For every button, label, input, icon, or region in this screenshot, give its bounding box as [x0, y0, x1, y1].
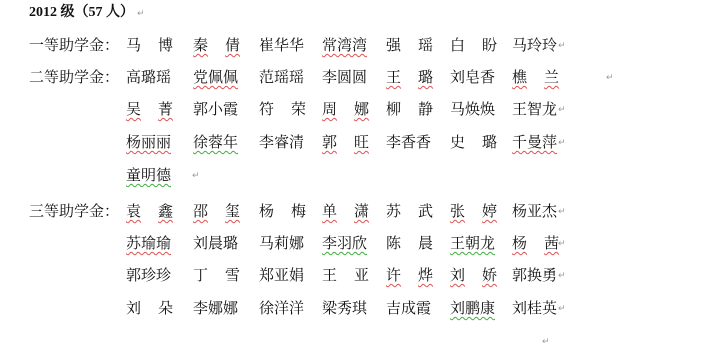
student-name: 邵玺 — [193, 200, 240, 222]
student-name: 许烨 — [386, 264, 433, 286]
student-name: 袁鑫 — [126, 200, 173, 222]
student-name: 单潇 — [322, 200, 369, 222]
third-class-label: 三等助学金： — [29, 200, 119, 222]
second-class-row-2: 吴菁 郭小霞 符荣 周娜 柳静 马焕焕 王智龙 ↵ — [0, 98, 723, 120]
class-heading-text: 2012 级（57 人） — [29, 5, 134, 20]
student-name: 千曼萍 — [512, 131, 557, 153]
student-name: 马玲玲 — [512, 34, 557, 56]
paragraph-mark-icon: ↵ — [137, 9, 145, 19]
student-name: 李娜娜 — [193, 297, 238, 319]
student-name: 郑亚娟 — [259, 264, 304, 286]
student-name: 刘朵 — [126, 297, 173, 319]
empty-paragraph: ↵ — [0, 330, 723, 352]
class-heading: 2012 级（57 人）↵ — [29, 4, 145, 23]
student-name: 秦倩 — [193, 34, 240, 56]
student-name: 苏武 — [386, 200, 433, 222]
student-name: 史璐 — [450, 131, 497, 153]
student-name: 常湾湾 — [322, 34, 367, 56]
student-name: 刘桂英 — [512, 297, 557, 319]
second-class-row-1: 二等助学金： 高璐瑶 党佩佩 范瑶瑶 李圆圆 王璐 刘皂香 樵兰 ↵ — [0, 66, 723, 88]
student-name: 刘鹏康 — [450, 297, 495, 319]
first-class-row-1: 一等助学金： 马博 秦倩 崔华华 常湾湾 强瑶 白盼 马玲玲 ↵ — [0, 34, 723, 56]
student-name: 郭珍珍 — [126, 264, 171, 286]
student-name: 徐洋洋 — [259, 297, 304, 319]
document-page: 2012 级（57 人）↵ 一等助学金： 马博 秦倩 崔华华 常湾湾 强瑶 白盼… — [0, 0, 723, 364]
paragraph-mark-icon: ↵ — [192, 165, 200, 187]
student-name: 陈晨 — [386, 232, 433, 254]
student-name: 樵兰 — [512, 66, 559, 88]
third-class-row-2: 苏瑜瑜 刘晨璐 马莉娜 李羽欣 陈晨 王朝龙 杨茜 ↵ — [0, 232, 723, 254]
student-name: 郭小霞 — [193, 98, 238, 120]
paragraph-mark-icon: ↵ — [558, 265, 566, 287]
student-name: 李羽欣 — [322, 232, 367, 254]
student-name: 马博 — [126, 34, 173, 56]
paragraph-mark-icon: ↵ — [558, 35, 566, 57]
student-name: 王朝龙 — [450, 232, 495, 254]
student-name: 马莉娜 — [259, 232, 304, 254]
paragraph-mark-icon: ↵ — [558, 132, 566, 154]
student-name: 郭换勇 — [512, 264, 557, 286]
student-name: 王璐 — [386, 66, 433, 88]
student-name: 杨丽丽 — [126, 131, 171, 153]
student-name: 童明德 — [126, 164, 171, 186]
third-class-row-3: 郭珍珍 丁雪 郑亚娟 王亚 许烨 刘娇 郭换勇 ↵ — [0, 264, 723, 286]
paragraph-mark-icon: ↵ — [558, 298, 566, 320]
student-name: 杨亚杰 — [512, 200, 557, 222]
student-name: 刘娇 — [450, 264, 497, 286]
student-name: 党佩佩 — [193, 66, 238, 88]
student-name: 周娜 — [322, 98, 369, 120]
student-name: 刘皂香 — [450, 66, 495, 88]
student-name: 柳静 — [386, 98, 433, 120]
paragraph-mark-icon: ↵ — [558, 99, 566, 121]
student-name: 符荣 — [259, 98, 306, 120]
second-class-row-3: 杨丽丽 徐蓉年 李睿清 郭旺 李香香 史璐 千曼萍 ↵ — [0, 131, 723, 153]
student-name: 杨梅 — [259, 200, 306, 222]
student-name: 丁雪 — [193, 264, 240, 286]
student-name: 王智龙 — [512, 98, 557, 120]
paragraph-mark-icon: ↵ — [558, 233, 566, 255]
student-name: 徐蓉年 — [193, 131, 238, 153]
student-name: 吴菁 — [126, 98, 173, 120]
paragraph-mark-icon: ↵ — [542, 331, 550, 353]
student-name: 苏瑜瑜 — [126, 232, 171, 254]
third-class-row-1: 三等助学金： 袁鑫 邵玺 杨梅 单潇 苏武 张婷 杨亚杰 ↵ — [0, 200, 723, 222]
student-name: 马焕焕 — [450, 98, 495, 120]
second-class-row-4: 童明德 ↵ — [0, 164, 723, 186]
second-class-label: 二等助学金： — [29, 66, 119, 88]
student-name: 张婷 — [450, 200, 497, 222]
student-name: 吉成霞 — [386, 297, 431, 319]
student-name: 刘晨璐 — [193, 232, 238, 254]
student-name: 郭旺 — [322, 131, 369, 153]
student-name: 崔华华 — [259, 34, 304, 56]
student-name: 高璐瑶 — [126, 66, 171, 88]
first-class-label: 一等助学金： — [29, 34, 119, 56]
student-name: 梁秀琪 — [322, 297, 367, 319]
student-name: 李香香 — [386, 131, 431, 153]
paragraph-mark-icon: ↵ — [606, 67, 614, 89]
student-name: 李睿清 — [259, 131, 304, 153]
third-class-row-4: 刘朵 李娜娜 徐洋洋 梁秀琪 吉成霞 刘鹏康 刘桂英 ↵ — [0, 297, 723, 319]
paragraph-mark-icon: ↵ — [558, 201, 566, 223]
student-name: 王亚 — [322, 264, 369, 286]
student-name: 杨茜 — [512, 232, 559, 254]
student-name: 强瑶 — [386, 34, 433, 56]
student-name: 李圆圆 — [322, 66, 367, 88]
student-name: 白盼 — [450, 34, 497, 56]
student-name: 范瑶瑶 — [259, 66, 304, 88]
